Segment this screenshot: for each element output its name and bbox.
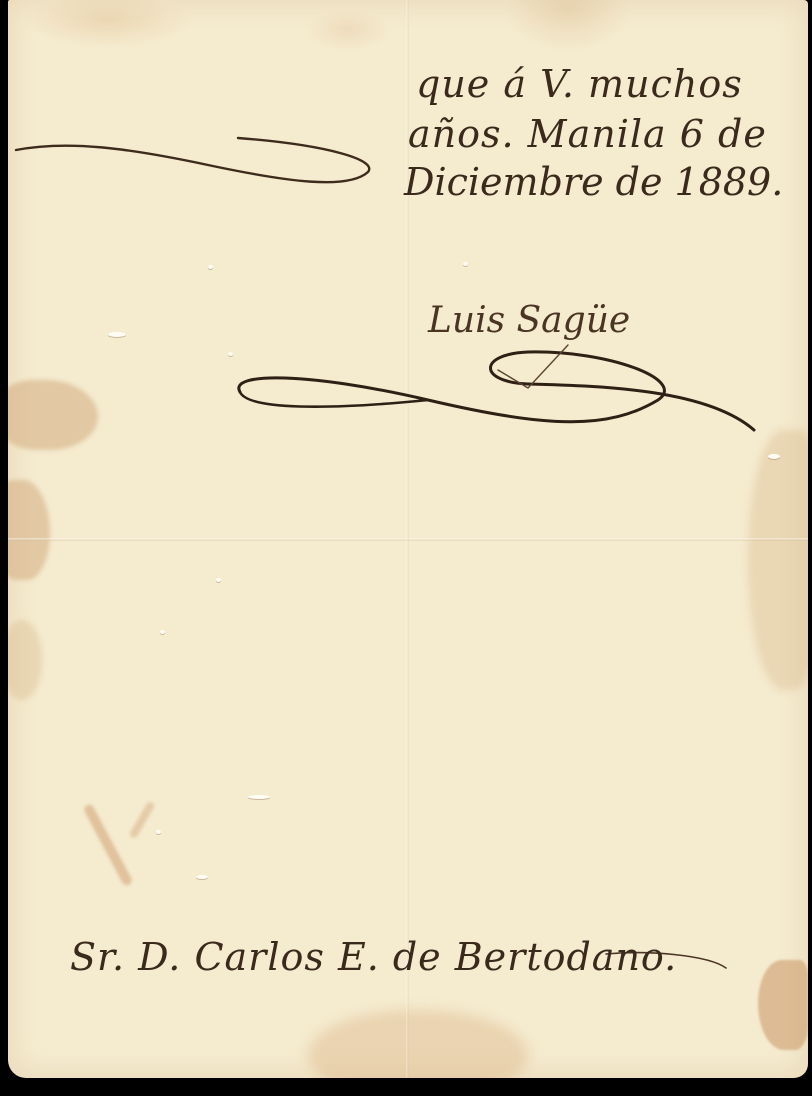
edge-stain [758, 960, 808, 1050]
opening-flourish-line [16, 138, 369, 182]
water-stain [308, 1010, 528, 1078]
signature-rubric [239, 352, 754, 430]
paper-speck [208, 265, 213, 269]
paper-speck [248, 795, 270, 799]
water-stain [8, 380, 98, 450]
paper-speck [108, 332, 126, 337]
water-stain [748, 430, 808, 690]
signature-rubric-tick [498, 345, 568, 388]
paper-sheet: que á V. muchos años. Manila 6 de Diciem… [8, 0, 808, 1078]
signature-name: Luis Sagüe [428, 300, 630, 341]
water-stain [8, 620, 42, 700]
paper-speck [228, 352, 233, 356]
water-stain [8, 480, 50, 580]
y-shaped-stain [82, 803, 133, 887]
addressee-line: Sr. D. Carlos E. de Bertodano. [70, 935, 677, 979]
paper-speck [196, 875, 208, 879]
paper-speck [160, 630, 165, 634]
closing-line-3-date: Diciembre de 1889. [404, 160, 783, 204]
closing-line-2: años. Manila 6 de [408, 112, 767, 156]
y-shaped-stain [129, 801, 156, 840]
paper-speck [216, 578, 221, 582]
paper-speck [463, 262, 468, 266]
signature-rubric-loop [240, 392, 428, 407]
closing-line-1: que á V. muchos [416, 62, 743, 106]
paper-speck [156, 830, 161, 834]
paper-speck [768, 454, 780, 459]
